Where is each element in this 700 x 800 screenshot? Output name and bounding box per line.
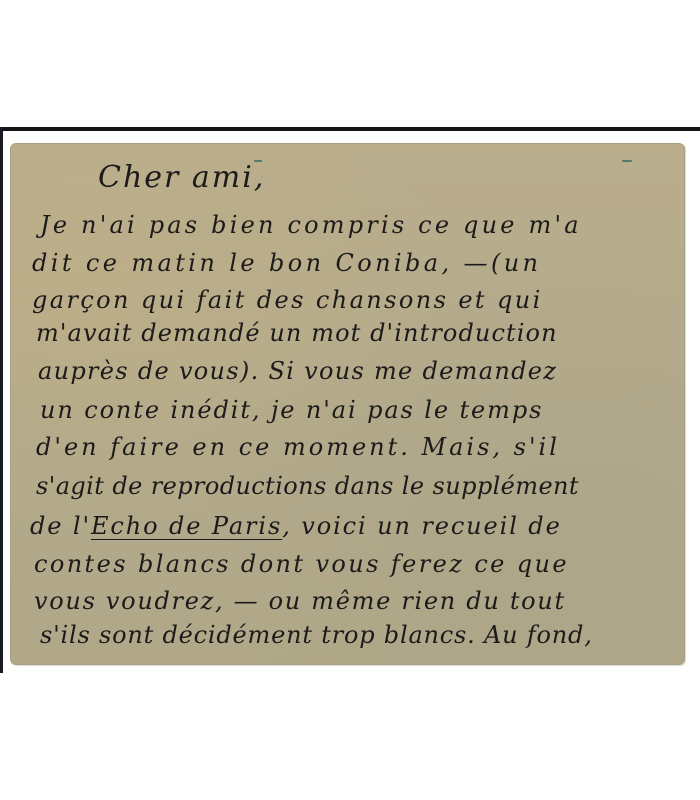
ink-mark-right (622, 160, 632, 162)
letter-line-3: garçon qui fait des chansons et qui (32, 286, 543, 314)
letter-line-7: d'en faire en ce moment. Mais, s'il (36, 433, 560, 461)
letter-line-1: Je n'ai pas bien compris ce que m'a (40, 211, 582, 239)
letter-line-9: de l'Echo de Paris, voici un recueil de (30, 512, 562, 540)
letter-line-5: auprès de vous). Si vous me demandez (38, 357, 557, 385)
letter-line-4: m'avait demandé un mot d'introduction (36, 319, 558, 347)
letter-card: Cher ami, Je n'ai pas bien compris ce qu… (10, 143, 685, 665)
salutation: Cher ami, (98, 160, 265, 195)
letter-line-8: s'agit de reproductions dans le suppléme… (36, 472, 579, 500)
line-9-suffix: , voici un recueil de (282, 512, 561, 540)
scan-top-border (0, 127, 700, 131)
letter-line-6: un conte inédit, je n'ai pas le temps (40, 396, 543, 424)
letter-line-2: dit ce matin le bon Coniba, —(un (32, 249, 541, 277)
line-9-prefix: de l' (30, 512, 91, 540)
letter-line-12: s'ils sont décidément trop blancs. Au fo… (40, 621, 593, 649)
letter-line-11: vous voudrez, — ou même rien du tout (34, 587, 566, 615)
newspaper-title: Echo de Paris (91, 512, 282, 540)
letter-line-10: contes blancs dont vous ferez ce que (34, 550, 569, 578)
scan-left-border (0, 127, 3, 673)
